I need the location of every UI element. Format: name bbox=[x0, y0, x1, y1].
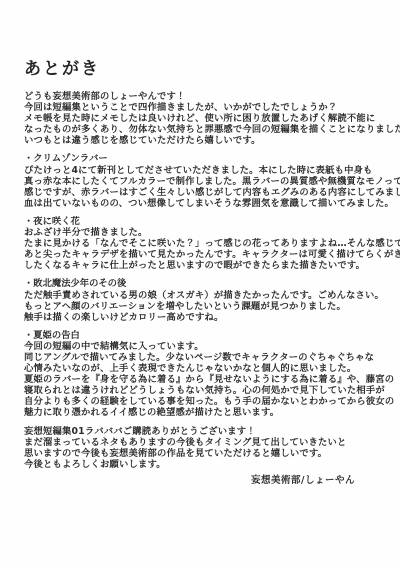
section-line: もっとアヘ顔のバリエーションを増やしたいという課題が見つかりました。 bbox=[24, 301, 380, 312]
section-line: ただ触手責めされている男の娘（オスガキ）が描きたかったんです。ごめんなさい。 bbox=[24, 290, 380, 301]
section-line: 今回の短編の中で結構気に入っています。 bbox=[24, 341, 380, 352]
intro-paragraph: どうも妄想美術部のしょーやんです！ 今回は短編集ということで四作描きましたが、い… bbox=[24, 91, 380, 146]
intro-line: 今回は短編集ということで四作描きましたが、いかがでしたでしょうか？ bbox=[24, 102, 380, 113]
section-line: したくなるキャラに仕上がったと思いますので暇ができたらまた描きたいです。 bbox=[24, 260, 380, 271]
author-signature: 妄想美術部/しょーやん bbox=[251, 472, 355, 486]
closing-line: まだ溜まっているネタもありますの今後もタイミング見て出していきたいと bbox=[24, 437, 380, 448]
intro-line: どうも妄想美術部のしょーやんです！ bbox=[24, 91, 380, 102]
section-heading: ・敗北魔法少年のその後 bbox=[24, 278, 380, 289]
section-line: たまに見かける「なんでそこに咲いた？」って感じの花ってありますよね…そんな感じで… bbox=[24, 238, 380, 249]
section-line: 自分よりも多くの経験をしている事を知った。もう手の届かないとわかってから彼女の bbox=[24, 396, 380, 407]
section-line: 感じですが、赤ラバーはすごく生々しい感じがして内容もエグみのある内容にしてみまし… bbox=[24, 187, 380, 198]
page-content: あとがき どうも妄想美術部のしょーやんです！ 今回は短編集ということで四作描きま… bbox=[24, 54, 380, 477]
section-line: 魅力に取り憑かれるイイ感じの絶望感が描けたと思います。 bbox=[24, 407, 380, 418]
section-heading: ・夜に咲く花 bbox=[24, 216, 380, 227]
section-line: 真っ赤な本にしたくてフルカラーで制作しました。黒ラバーの異質感や無機質なモノって bbox=[24, 176, 380, 187]
section-defeated-magic-boy: ・敗北魔法少年のその後 ただ触手責めされている男の娘（オスガキ）が描きたかったん… bbox=[24, 278, 380, 322]
intro-line: いつもとは違う感じを感じていただけたら嬉しいです。 bbox=[24, 135, 380, 146]
closing-line: 妄想短編集01ラバババご購読ありがとうございます！ bbox=[24, 426, 380, 437]
section-night-blooming-flower: ・夜に咲く花 おふざけ半分で描きました。 たまに見かける「なんでそこに咲いた？」… bbox=[24, 216, 380, 271]
closing-line: 今後ともよろしくお願いします。 bbox=[24, 459, 380, 470]
intro-line: なったものが多くあり、勿体ない気持ちと罪悪感で今回の短編集を描くことになりました… bbox=[24, 124, 380, 135]
page-title: あとがき bbox=[24, 54, 380, 79]
section-line: 触手は描くの楽しいけどカロリー高めですね。 bbox=[24, 312, 380, 323]
afterword-page: あとがき どうも妄想美術部のしょーやんです！ 今回は短編集ということで四作描きま… bbox=[0, 0, 400, 566]
intro-line: メモ帳を見た時にメモしたは良いけれど、使い所に困り放置したあげく解読不能に bbox=[24, 113, 380, 124]
section-line: 同じアングルで描いてみました。少ないページ数でキャラクターのぐちゃぐちゃな bbox=[24, 352, 380, 363]
section-heading: ・クリムゾンラバー bbox=[24, 153, 380, 164]
closing-line: 思いますので今後も妄想美術部の作品を見ていただけると嬉しいです。 bbox=[24, 448, 380, 459]
section-line: おふざけ半分で描きました。 bbox=[24, 227, 380, 238]
section-heading: ・夏姫の告白 bbox=[24, 330, 380, 341]
section-line: 血は出ていないものの、つい想像してしまいそうな雰囲気を意識して描いてみました。 bbox=[24, 198, 380, 209]
section-line: ぴたけっと4にて新刊としてださせていただきました。本にした時に表紙も中身も bbox=[24, 165, 380, 176]
section-line: 夏姫のラバーを『身を守る為に着る』から『見せないようにする為に着る』や、藤宮の bbox=[24, 374, 380, 385]
section-crimson-rubber: ・クリムゾンラバー ぴたけっと4にて新刊としてださせていただきました。本にした時… bbox=[24, 153, 380, 208]
closing-paragraph: 妄想短編集01ラバババご購読ありがとうございます！ まだ溜まっているネタもありま… bbox=[24, 426, 380, 470]
section-line: あと尖ったキャラデザを描いて見たかったんです。キャラクターは可愛く描けてらくがき bbox=[24, 249, 380, 260]
section-natsuki-confession: ・夏姫の告白 今回の短編の中で結構気に入っています。 同じアングルで描いてみまし… bbox=[24, 330, 380, 419]
section-line: 心情みたいなのが、上手く表現できたんじゃないかなと個人的に思いました。 bbox=[24, 363, 380, 374]
section-line: 寝取られとは違うけれどどうしょうもない気持ち。心の何処かで見下していた相手が bbox=[24, 385, 380, 396]
